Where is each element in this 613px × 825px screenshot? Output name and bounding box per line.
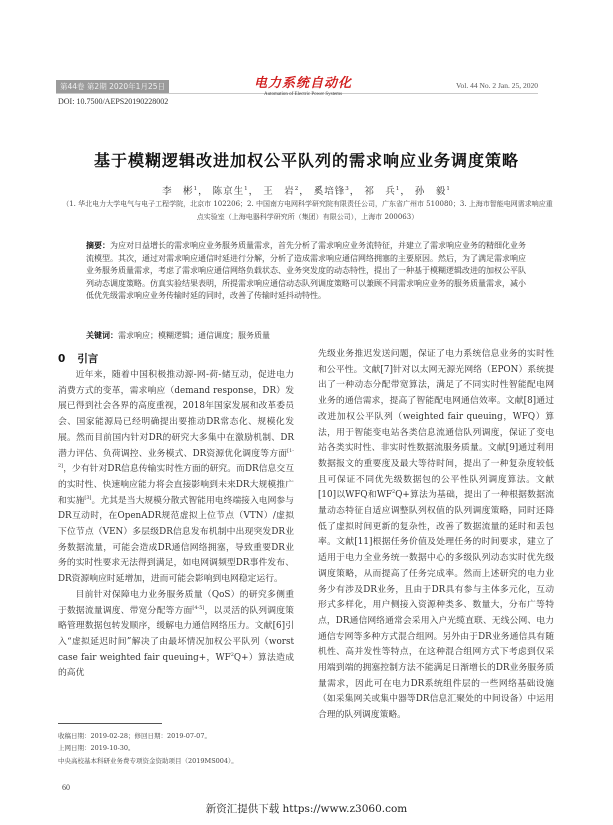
keywords: 关键词：需求响应；模糊逻辑；通信调度；服务质量 (86, 330, 526, 341)
author: 陈京生1 (213, 186, 249, 197)
received-date: 收稿日期：2019-02-28；修回日期：2019-07-07。 (58, 730, 238, 742)
paragraph: 近年来，随着中国积极推动源-网-荷-储互动，促进电力消费方式的变革，需求响应（d… (58, 368, 294, 588)
citation-ref[interactable]: [4-5] (192, 605, 204, 611)
author-list: 李 彬1， 陈京生1， 王 岩2， 奚培锋3， 祁 兵1， 孙 毅1 (0, 183, 613, 197)
journal-page: 第44卷 第2期 2020年1月25日 DOI: 10.7500/AEPS201… (0, 0, 613, 825)
section-number: 0 (58, 353, 65, 365)
body-column-right: 先级业务推迟发送问题，保证了电力系统信息业务的实时性和公平性。文献[7]针对以太… (318, 347, 554, 724)
section-title: 引言 (77, 353, 98, 365)
funding-note: 中央高校基本科研业务费专项资金资助项目（2019MS004）。 (58, 755, 238, 767)
body-column-left: 近年来，随着中国积极推动源-网-荷-储互动，促进电力消费方式的变革，需求响应（d… (58, 368, 294, 682)
footnote: 收稿日期：2019-02-28；修回日期：2019-07-07。 上网日期：20… (58, 730, 238, 767)
journal-name-en: Automation of Electric Power Systems (228, 91, 378, 98)
keywords-text: 需求响应；模糊逻辑；通信调度；服务质量 (118, 331, 270, 340)
issue-badge: 第44卷 第2期 2020年1月25日 (56, 80, 169, 93)
author: 李 彬1 (162, 186, 198, 197)
paragraph: 目前针对保障电力业务服务质量（QoS）的研究多侧重于数据流量调度、带宽分配等方面… (58, 588, 294, 682)
footnote-rule (58, 723, 162, 724)
citation-ref[interactable]: [3] (84, 495, 91, 501)
abstract-label: 摘要： (86, 241, 110, 250)
author: 祁 兵1 (364, 186, 400, 197)
abstract: 摘要：为应对日益增长的需求响应业务服务质量需求，首先分析了需求响应业务流特征，并… (86, 240, 526, 303)
author: 王 岩2 (263, 186, 299, 197)
page-number: 60 (62, 783, 70, 792)
section-heading: 0引言 (58, 351, 98, 366)
author: 奚培锋3 (314, 186, 350, 197)
author: 孙 毅1 (415, 186, 451, 197)
online-date: 上网日期：2019-10-30。 (58, 742, 238, 754)
paper-title: 基于模糊逻辑改进加权公平队列的需求响应业务调度策略 (0, 148, 613, 171)
journal-logo: 电力系统自动化 Automation of Electric Power Sys… (228, 76, 378, 98)
keywords-label: 关键词： (86, 331, 118, 340)
paragraph: 先级业务推迟发送问题，保证了电力系统信息业务的实时性和公平性。文献[7]针对以太… (318, 347, 554, 724)
doi-label[interactable]: DOI: 10.7500/AEPS20190228002 (58, 97, 168, 106)
download-watermark: 新资汇提供下载 https://www.z3060.com (0, 801, 613, 816)
volume-info: Vol. 44 No. 2 Jan. 25, 2020 (456, 81, 538, 90)
affiliations: （1. 华北电力大学电气与电子工程学院，北京市 102206；2. 中国南方电网… (60, 198, 555, 224)
journal-name-cn: 电力系统自动化 (228, 76, 378, 91)
abstract-text: 为应对日益增长的需求响应业务服务质量需求，首先分析了需求响应业务流特征，并建立了… (86, 241, 526, 300)
